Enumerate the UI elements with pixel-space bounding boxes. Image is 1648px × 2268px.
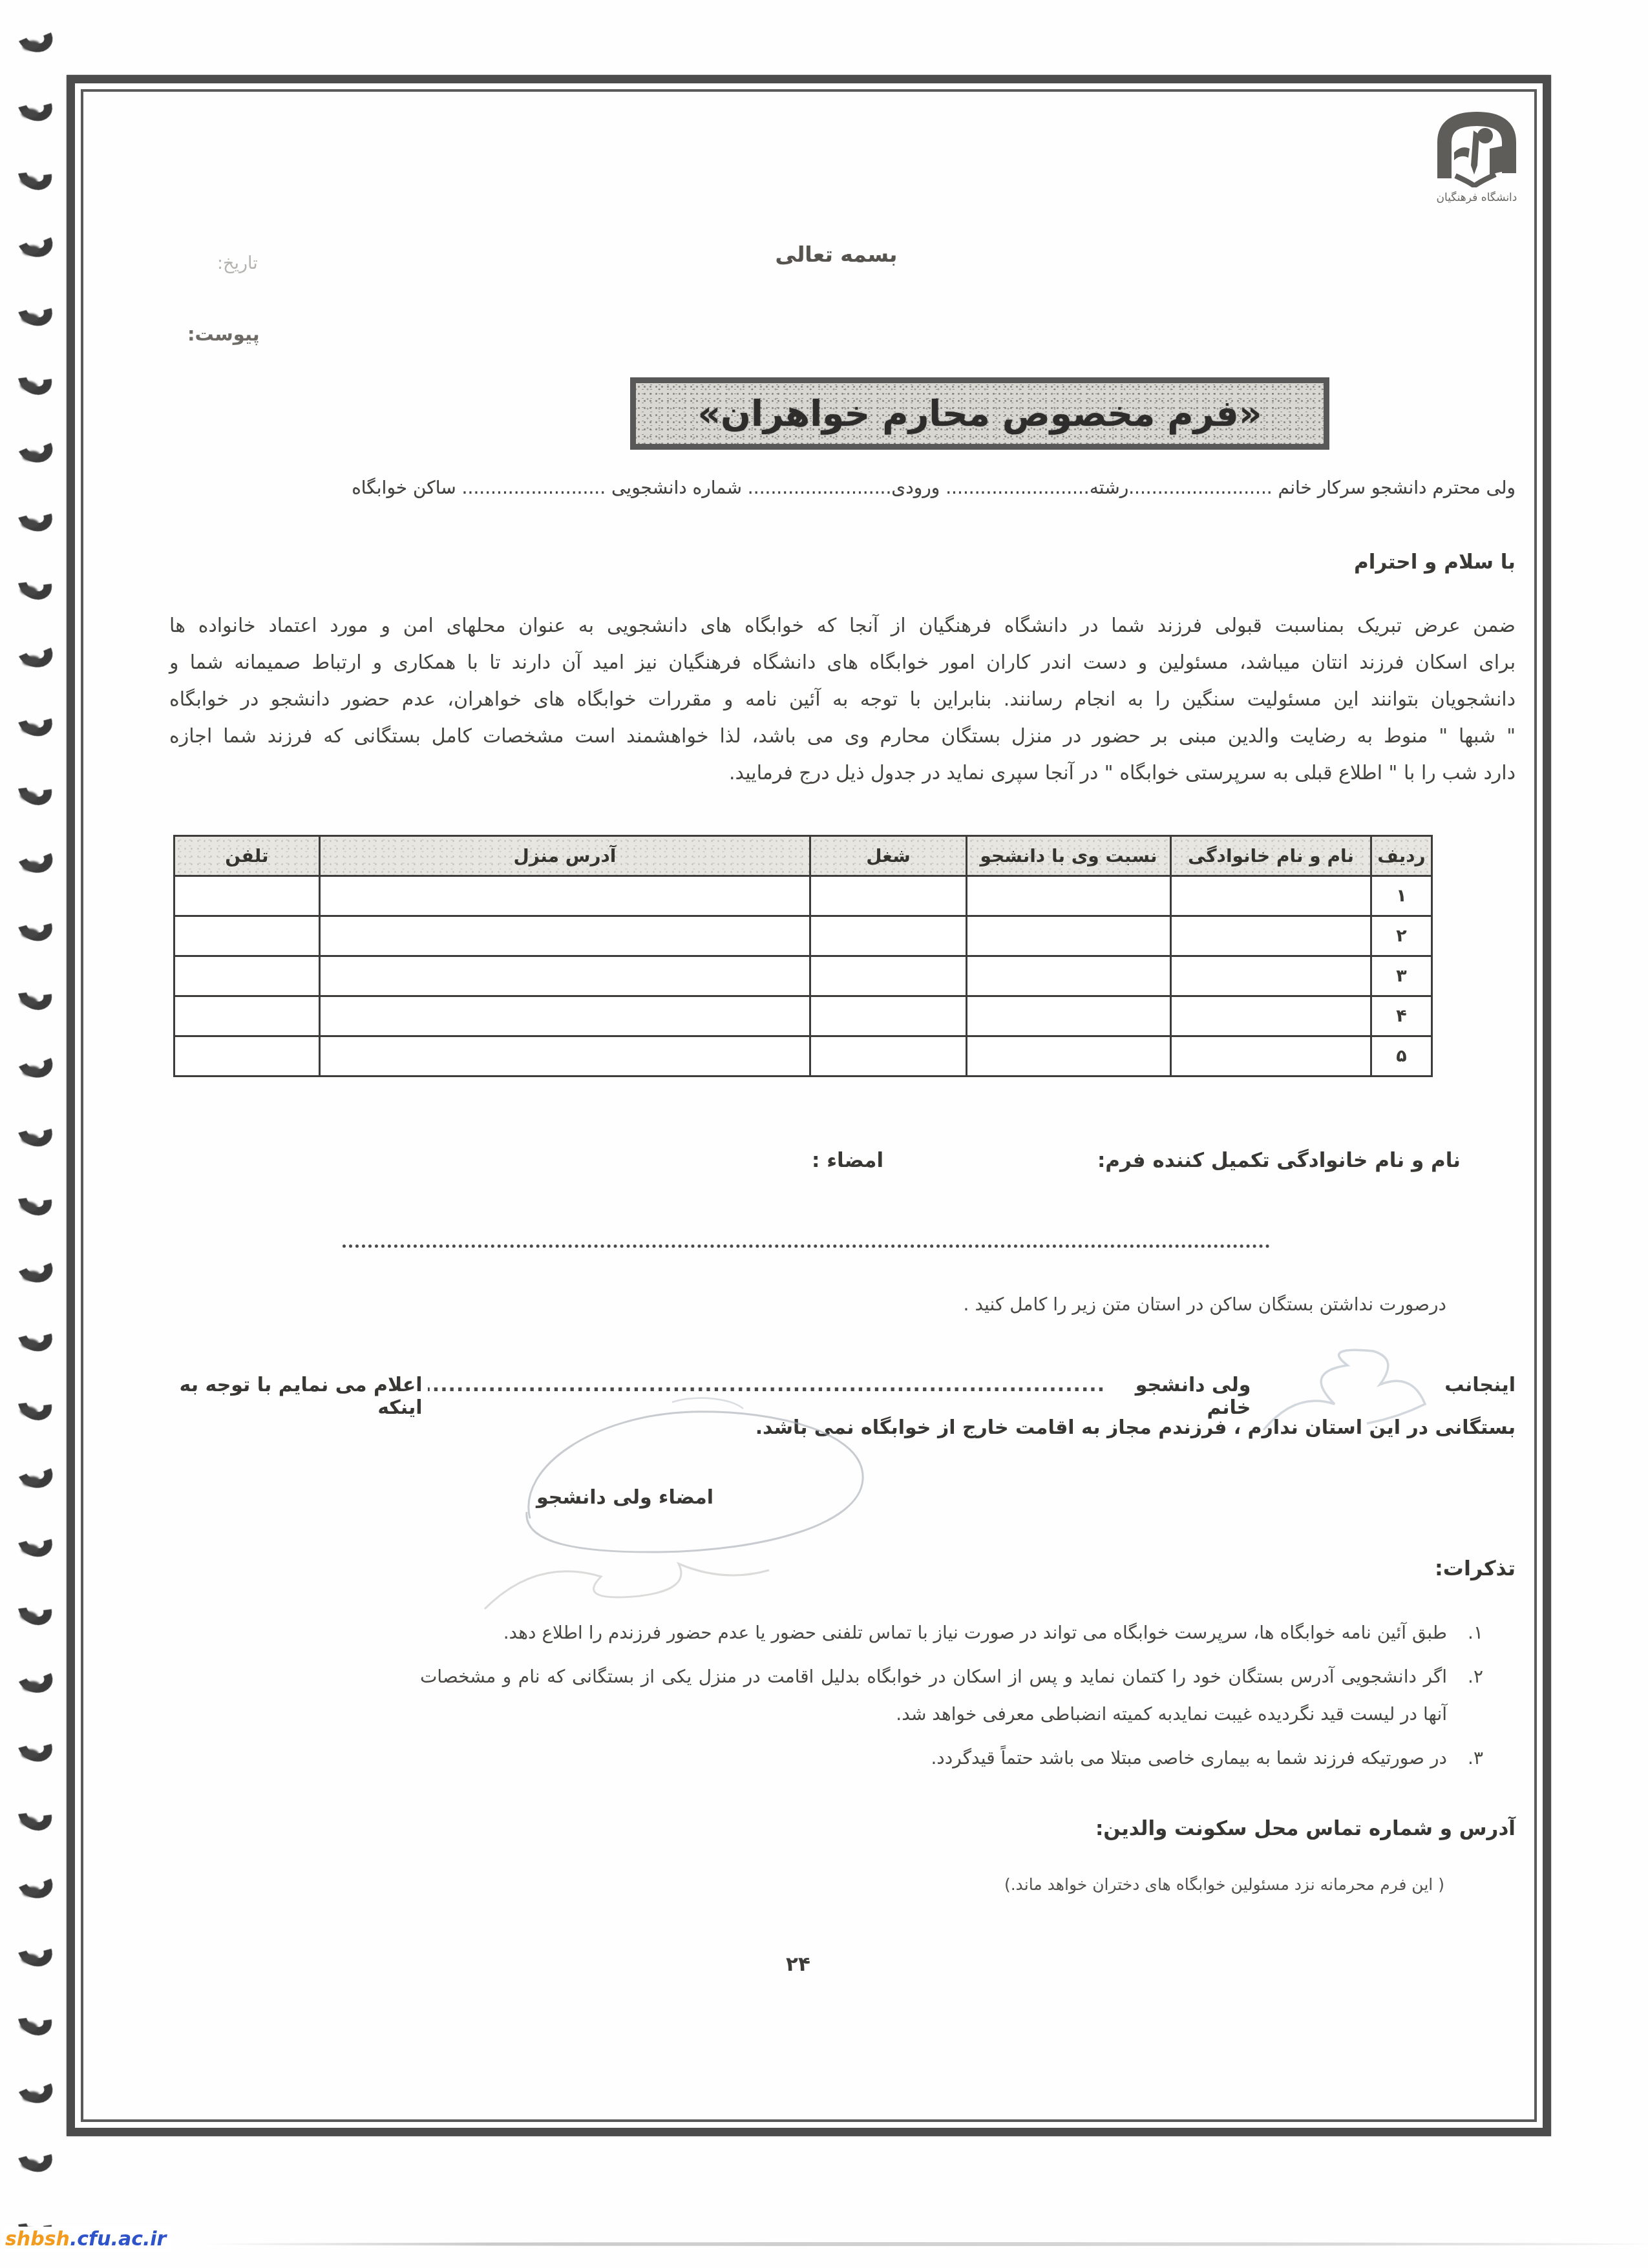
empty-cell: [1171, 956, 1371, 996]
binding-hook: [17, 910, 53, 940]
intro-line: دارد شب را با " اطلاع قبلی به سرپرستی خو…: [169, 755, 1516, 792]
table-row: ۵: [174, 1036, 1432, 1076]
empty-cell: [810, 876, 967, 916]
binding-hook: [15, 156, 55, 191]
row-number-cell: ۳: [1371, 956, 1432, 996]
note-item: ۱. طبق آئین نامه خوابگاه ها، سرپرست خواب…: [420, 1614, 1483, 1652]
scanned-form-page: دانشگاه فرهنگیان تاریخ: بسمه تعالی پیوست…: [0, 0, 1648, 2268]
intro-line: برای اسکان فرزند انتان میباشد، مسئولین و…: [169, 644, 1516, 681]
empty-cell: [1171, 916, 1371, 956]
table-row: ۴: [174, 996, 1432, 1036]
empty-cell: [174, 916, 320, 956]
col-header-home-address: آدرس منزل: [320, 836, 810, 876]
confidential-note: ( این فرم محرمانه نزد مسئولین خوابگاه ها…: [1004, 1875, 1444, 1894]
col-header-occupation: شغل: [810, 836, 967, 876]
row-number-cell: ۴: [1371, 996, 1432, 1036]
notes-list: ۱. طبق آئین نامه خوابگاه ها، سرپرست خواب…: [420, 1614, 1483, 1783]
notes-heading: تذکرات:: [1435, 1556, 1516, 1580]
binding-hook: [17, 1116, 53, 1146]
declaration-prefix: اینجانب: [1444, 1374, 1516, 1396]
intro-line: دانشجویان بتوانند این مسئولیت سنگین را ب…: [169, 681, 1516, 718]
intro-line: ضمن عرض تبریک بمناسبت قبولی فرزند شما در…: [169, 607, 1516, 644]
binding-hook: [15, 635, 55, 669]
empty-cell: [810, 956, 967, 996]
table-header-row: ردیف نام و نام خانوادگی نسبت وی با دانشج…: [174, 836, 1432, 876]
table-row: ۲: [174, 916, 1432, 956]
row-number-cell: ۱: [1371, 876, 1432, 916]
form-title: «فرم مخصوص محارم خواهران»: [698, 393, 1262, 434]
dotted-fill-line: [343, 1244, 1270, 1248]
note-number: ۱.: [1447, 1614, 1483, 1652]
declaration-line2: بستگانی در این استان ندارم ، فرزندم مجاز…: [755, 1416, 1516, 1439]
col-header-row-number: ردیف: [1371, 836, 1432, 876]
binding-hook: [15, 1865, 55, 1900]
empty-cell: [174, 956, 320, 996]
salutation: با سلام و احترام: [1354, 551, 1516, 574]
empty-cell: [810, 916, 967, 956]
binding-hook: [17, 1321, 53, 1350]
binding-hook: [15, 2002, 55, 2037]
empty-cell: [967, 1036, 1171, 1076]
binding-hook: [17, 501, 53, 530]
no-relatives-instruction: درصورت نداشتن بستگان ساکن در استان متن ز…: [964, 1294, 1446, 1315]
binding-hook: [15, 2070, 55, 2105]
watermark-part2: .cfu.ac.ir: [70, 2228, 167, 2251]
form-title-box: «فرم مخصوص محارم خواهران»: [630, 377, 1329, 450]
note-text: طبق آئین نامه خوابگاه ها، سرپرست خوابگاه…: [420, 1614, 1447, 1652]
binding-hook: [15, 361, 55, 395]
university-emblem-icon: [1428, 111, 1525, 187]
binding-hook: [17, 90, 53, 120]
declaration-line: اینجانب ولی دانشجو خانم ................…: [173, 1374, 1516, 1419]
binding-hook: [15, 430, 55, 464]
relatives-table: ردیف نام و نام خانوادگی نسبت وی با دانشج…: [173, 835, 1433, 1077]
date-label: تاریخ:: [217, 253, 258, 273]
binding-hook: [17, 706, 53, 735]
empty-cell: [320, 956, 810, 996]
intro-line: " شبها " منوط به رضایت والدین مبنی بر حض…: [169, 718, 1516, 755]
empty-cell: [320, 916, 810, 956]
empty-cell: [967, 916, 1171, 956]
binding-hook: [15, 772, 55, 806]
form-completer-label: نام و نام خانوادگی تکمیل کننده فرم:: [1097, 1149, 1461, 1172]
binding-hook: [17, 1526, 53, 1556]
empty-cell: [174, 996, 320, 1036]
binding-hook: [15, 840, 55, 874]
col-header-phone: تلفن: [174, 836, 320, 876]
attachment-label: پیوست:: [187, 323, 260, 345]
empty-cell: [1171, 1036, 1371, 1076]
binding-hook: [17, 2141, 53, 2171]
intro-paragraph: ضمن عرض تبریک بمناسبت قبولی فرزند شما در…: [169, 607, 1516, 792]
empty-cell: [967, 956, 1171, 996]
col-header-full-name: نام و نام خانوادگی: [1171, 836, 1371, 876]
empty-cell: [1171, 996, 1371, 1036]
addressee-fill-line: ولی محترم دانشجو سرکار خانم ............…: [173, 477, 1516, 498]
binding-hook: [15, 567, 55, 601]
table-row: ۳: [174, 956, 1432, 996]
empty-cell: [1171, 876, 1371, 916]
note-text: اگر دانشجویی آدرس بستگان خود را کتمان نم…: [420, 1658, 1447, 1733]
binding-hook: [15, 19, 55, 54]
watermark-part1: shbsh: [5, 2228, 70, 2251]
declaration-dotted-blank: ........................................…: [428, 1374, 1106, 1396]
bismillah-text: بسمه تعالی: [642, 242, 1030, 267]
site-watermark: shbsh.cfu.ac.ir: [4, 2227, 171, 2252]
guardian-signature-label: امضاء ولی دانشجو: [536, 1486, 713, 1509]
paper-edge-shadow: [194, 2242, 1648, 2246]
binding-hook: [15, 1250, 55, 1285]
binding-hook: [17, 1936, 53, 1966]
binding-hook: [15, 1455, 55, 1489]
row-number-cell: ۵: [1371, 1036, 1432, 1076]
empty-cell: [174, 876, 320, 916]
binding-hook: [15, 1182, 55, 1216]
col-header-relation: نسبت وی با دانشجو: [967, 836, 1171, 876]
declaration-middle: ولی دانشجو خانم: [1110, 1374, 1251, 1419]
note-text: در صورتیکه فرزند شما به بیماری خاصی مبتل…: [420, 1739, 1447, 1777]
note-number: ۳.: [1447, 1739, 1483, 1777]
binding-hook: [15, 977, 55, 1011]
logo-caption: دانشگاه فرهنگیان: [1419, 191, 1535, 204]
note-item: ۳. در صورتیکه فرزند شما به بیماری خاصی م…: [420, 1739, 1483, 1777]
binding-hook: [15, 1045, 55, 1079]
empty-cell: [967, 876, 1171, 916]
binding-hook: [17, 295, 53, 325]
empty-cell: [810, 996, 967, 1036]
binding-hook: [15, 1592, 55, 1626]
empty-cell: [320, 1036, 810, 1076]
note-item: ۲. اگر دانشجویی آدرس بستگان خود را کتمان…: [420, 1658, 1483, 1733]
page-number: ۲۴: [769, 1953, 827, 1976]
empty-cell: [320, 876, 810, 916]
farhangian-university-logo: دانشگاه فرهنگیان: [1419, 111, 1535, 204]
empty-cell: [174, 1036, 320, 1076]
binding-hook: [15, 1387, 55, 1421]
binding-hook: [15, 1661, 55, 1695]
note-number: ۲.: [1447, 1658, 1483, 1733]
empty-cell: [320, 996, 810, 1036]
signature-label: امضاء :: [812, 1149, 883, 1172]
binding-hook: [15, 1797, 55, 1831]
empty-cell: [810, 1036, 967, 1076]
table-row: ۱: [174, 876, 1432, 916]
row-number-cell: ۲: [1371, 916, 1432, 956]
declaration-suffix: اعلام می نمایم با توجه به اینکه: [173, 1374, 423, 1419]
binding-hook: [15, 225, 55, 259]
parents-address-heading: آدرس و شماره تماس محل سکونت والدین:: [1095, 1817, 1516, 1840]
empty-cell: [967, 996, 1171, 1036]
binding-hook: [17, 1731, 53, 1761]
